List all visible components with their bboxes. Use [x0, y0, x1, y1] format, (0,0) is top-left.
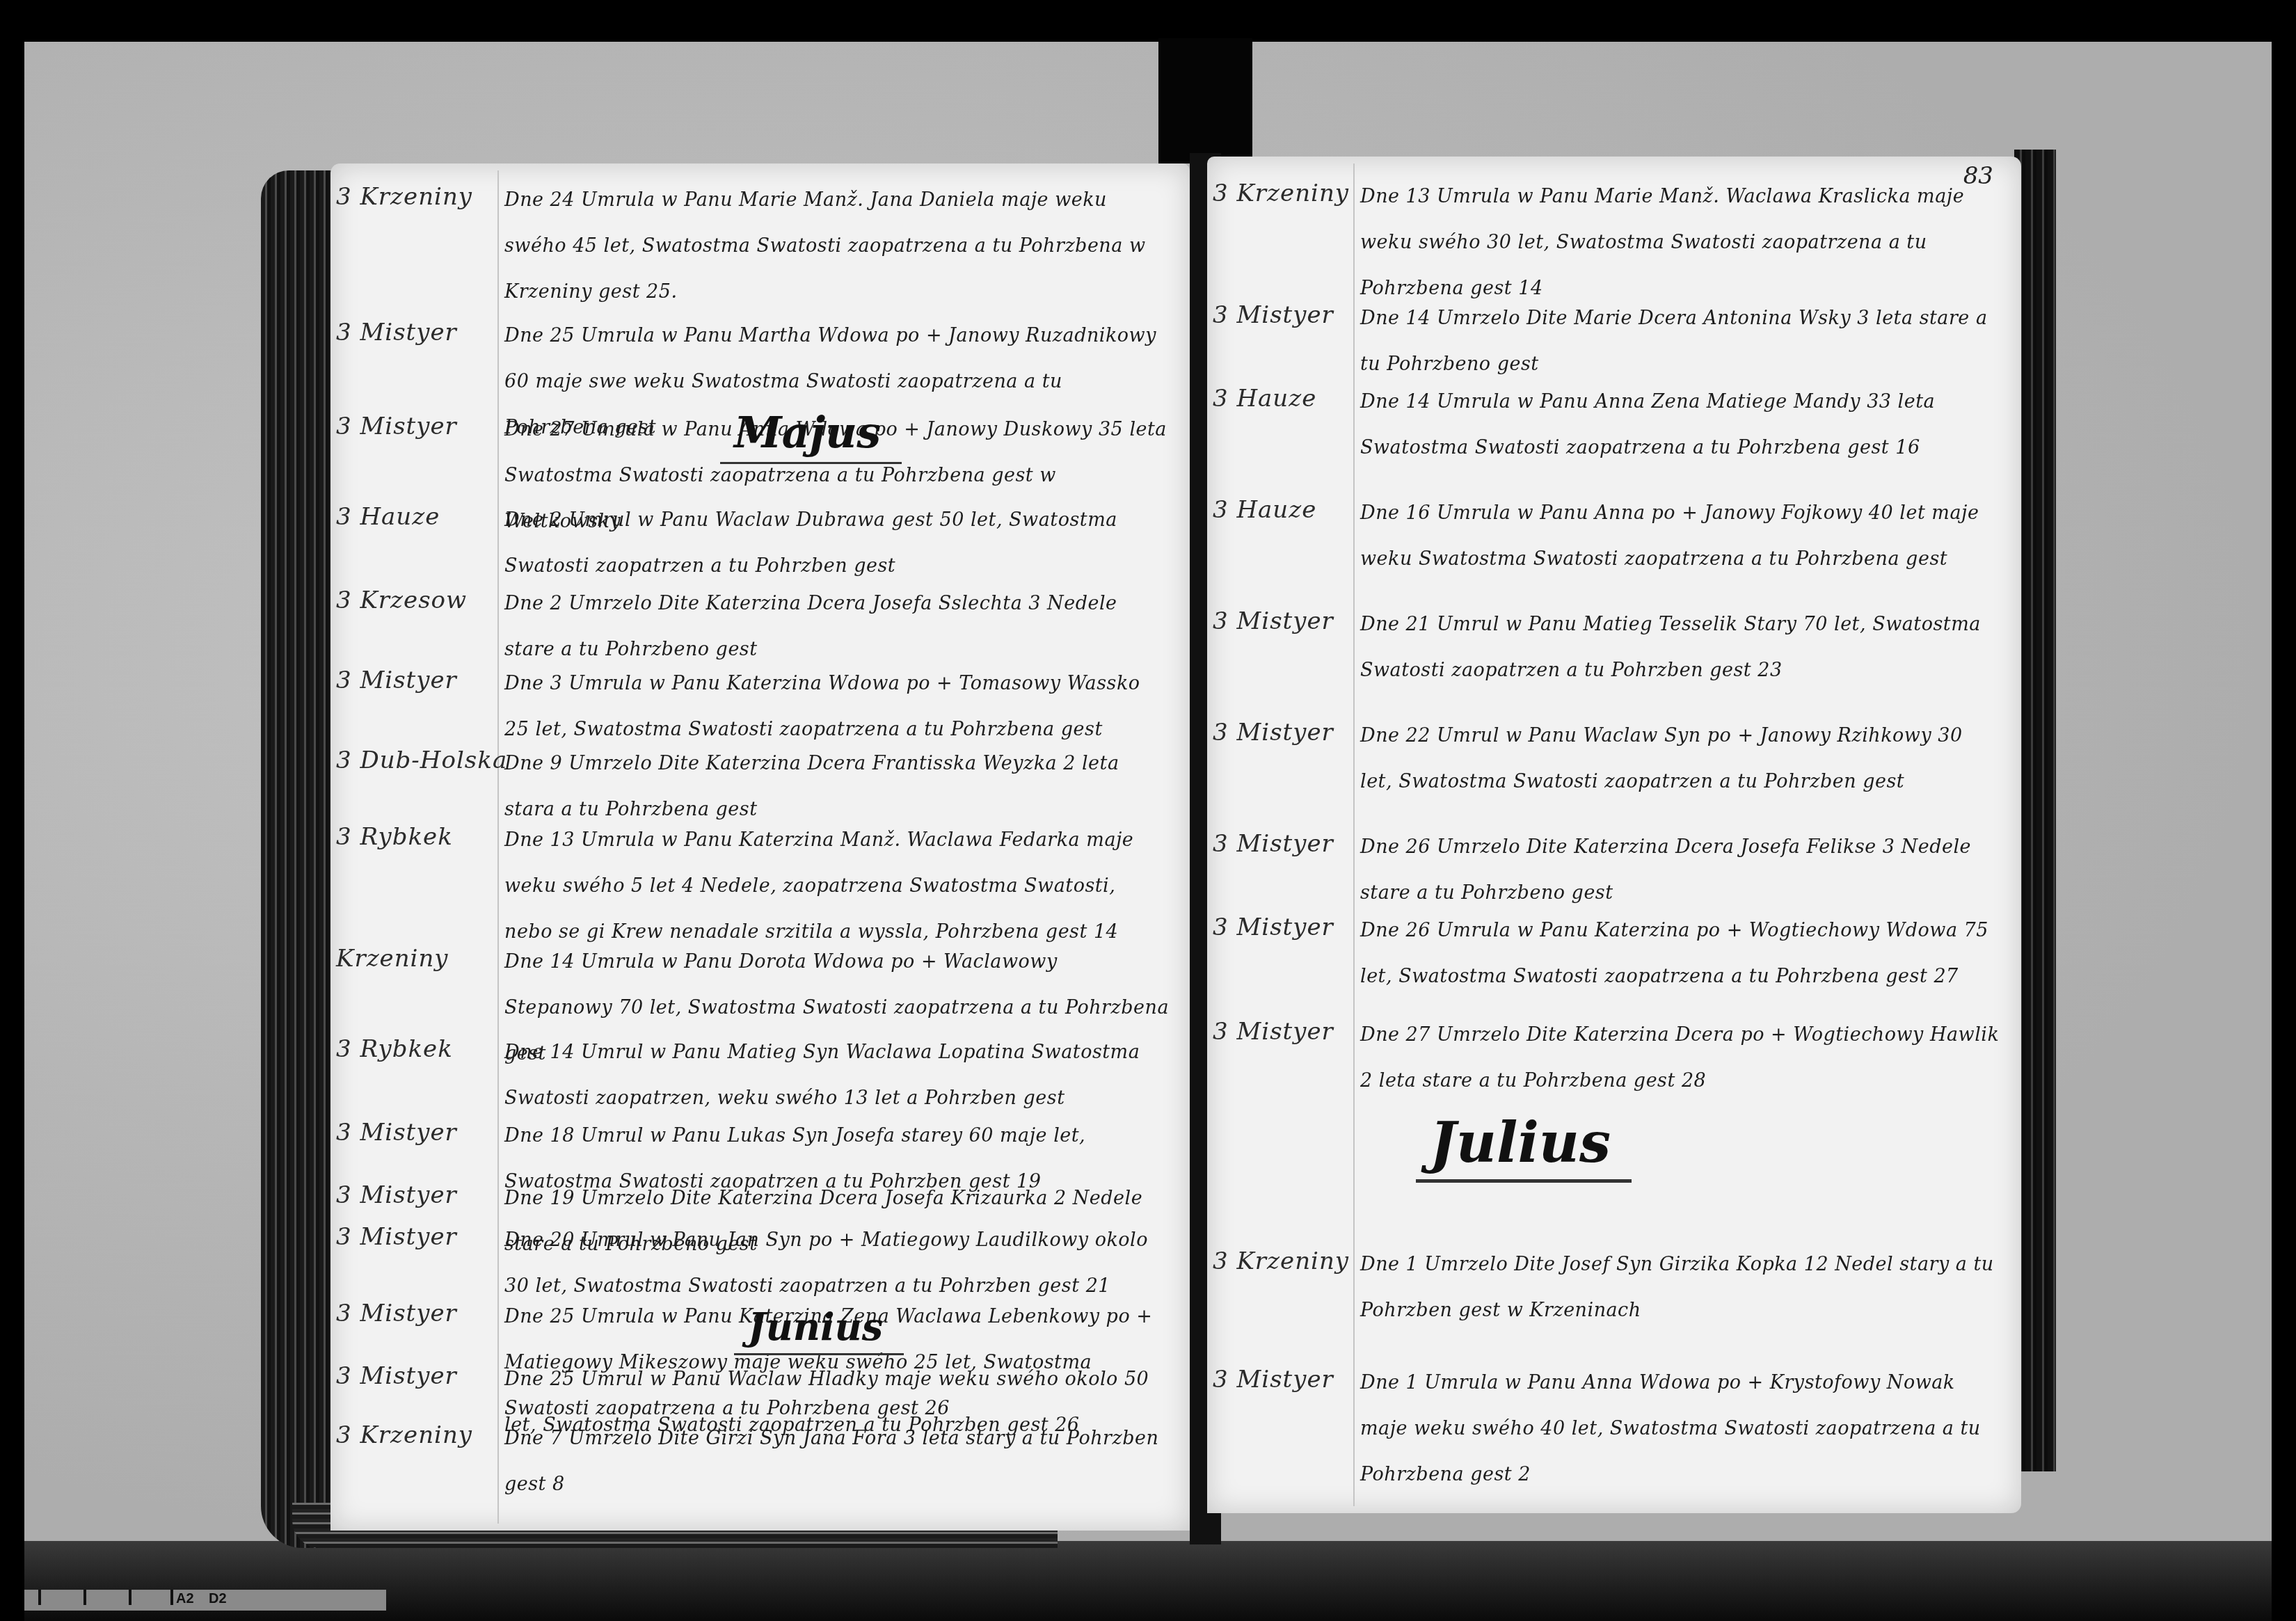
right-page: 83 3 Krzeniny Dne 13 Umrula w Panu Marie…	[1207, 157, 2021, 1513]
ruler-tick	[38, 1590, 41, 1605]
scan-shadow	[1158, 38, 1252, 163]
entry-margin-note: 3 Mistyer	[336, 666, 493, 694]
month-heading-majus: Majus	[720, 407, 902, 464]
ruler-tick	[83, 1590, 86, 1605]
entry-margin-note: 3 Hauze	[336, 503, 493, 531]
entry-margin-note: 3 Hauze	[1213, 496, 1369, 524]
entry-text: Dne 26 Umrula w Panu Katerzina po + Wogt…	[1360, 908, 2000, 1000]
entry-margin-note: 3 Mistyer	[1213, 1366, 1369, 1394]
entry-text: Dne 1 Umrula w Panu Anna Wdowa po + Krys…	[1360, 1360, 2000, 1498]
entry-text: Dne 1 Umrzelo Dite Josef Syn Girzika Kop…	[1360, 1242, 2000, 1334]
entry-margin-note: 3 Krzeniny	[336, 1421, 493, 1449]
entry-margin-note: 3 Mistyer	[1213, 830, 1369, 858]
entry-text: Dne 14 Umrzelo Dite Marie Dcera Antonina…	[1360, 296, 2000, 388]
left-page: 3 Krzeniny Dne 24 Umrula w Panu Marie Ma…	[330, 163, 1190, 1531]
entry-text: Dne 21 Umrul w Panu Matieg Tesselik Star…	[1360, 602, 2000, 694]
ruler-label: A2	[176, 1591, 194, 1607]
entry-text: Dne 24 Umrula w Panu Marie Manž. Jana Da…	[504, 177, 1169, 315]
entry-margin-note: 3 Mistyer	[1213, 1018, 1369, 1046]
entry-margin-note: 3 Mistyer	[1213, 301, 1369, 329]
entry-margin-note: 3 Mistyer	[1213, 913, 1369, 941]
scale-ruler: A2 D2	[24, 1590, 386, 1611]
entry-margin-note: 3 Hauze	[1213, 385, 1369, 413]
entry-margin-note: 3 Mistyer	[336, 1300, 493, 1327]
entry-margin-note: 3 Mistyer	[1213, 607, 1369, 635]
entry-margin-note: 3 Dub-Holska	[336, 746, 493, 774]
entry-margin-note: 3 Mistyer	[336, 1362, 493, 1390]
entry-margin-note: 3 Mistyer	[336, 319, 493, 346]
entry-margin-note: 3 Krzeniny	[336, 183, 493, 211]
entry-text: Dne 7 Umrzelo Dite Girzi Syn Jana Fora 3…	[504, 1416, 1169, 1508]
entry-margin-note: 3 Krzesow	[336, 586, 493, 614]
margin-rule	[497, 170, 499, 1524]
book-page-edges-left	[261, 170, 337, 1548]
ruler-label: D2	[209, 1591, 227, 1607]
entry-text: Dne 27 Umrzelo Dite Katerzina Dcera po +…	[1360, 1012, 2000, 1104]
entry-text: Dne 14 Umrula w Panu Anna Zena Matiege M…	[1360, 379, 2000, 471]
entry-text: Dne 2 Umrul w Panu Waclaw Dubrawa gest 5…	[504, 497, 1169, 589]
ruler-tick	[129, 1590, 131, 1605]
entry-margin-note: 3 Krzeniny	[1213, 179, 1369, 207]
entry-margin-note: 3 Mistyer	[336, 413, 493, 440]
entry-text: Dne 16 Umrula w Panu Anna po + Janowy Fo…	[1360, 490, 2000, 582]
entry-text: Dne 22 Umrul w Panu Waclaw Syn po + Jano…	[1360, 713, 2000, 805]
entry-text: Dne 2 Umrzelo Dite Katerzina Dcera Josef…	[504, 581, 1169, 673]
entry-margin-note: 3 Rybkek	[336, 823, 493, 851]
month-heading-junius: Junius	[734, 1304, 904, 1355]
entry-margin-note: Krzeniny	[336, 945, 493, 973]
entry-text: Dne 13 Umrula w Panu Marie Manž. Waclawa…	[1360, 174, 2000, 312]
entry-margin-note: 3 Mistyer	[336, 1223, 493, 1251]
entry-text: Dne 14 Umrul w Panu Matieg Syn Waclawa L…	[504, 1030, 1169, 1121]
entry-text: Dne 13 Umrula w Panu Katerzina Manž. Wac…	[504, 817, 1169, 955]
entry-margin-note: 3 Mistyer	[336, 1119, 493, 1147]
ruler-tick	[170, 1590, 173, 1605]
entry-margin-note: 3 Rybkek	[336, 1035, 493, 1063]
entry-text: Dne 26 Umrzelo Dite Katerzina Dcera Jose…	[1360, 824, 2000, 916]
entry-margin-note: 3 Krzeniny	[1213, 1247, 1369, 1275]
entry-margin-note: 3 Mistyer	[336, 1181, 493, 1209]
entry-text: Dne 3 Umrula w Panu Katerzina Wdowa po +…	[504, 661, 1169, 753]
entry-margin-note: 3 Mistyer	[1213, 719, 1369, 746]
month-heading-julius: Julius	[1416, 1110, 1632, 1183]
